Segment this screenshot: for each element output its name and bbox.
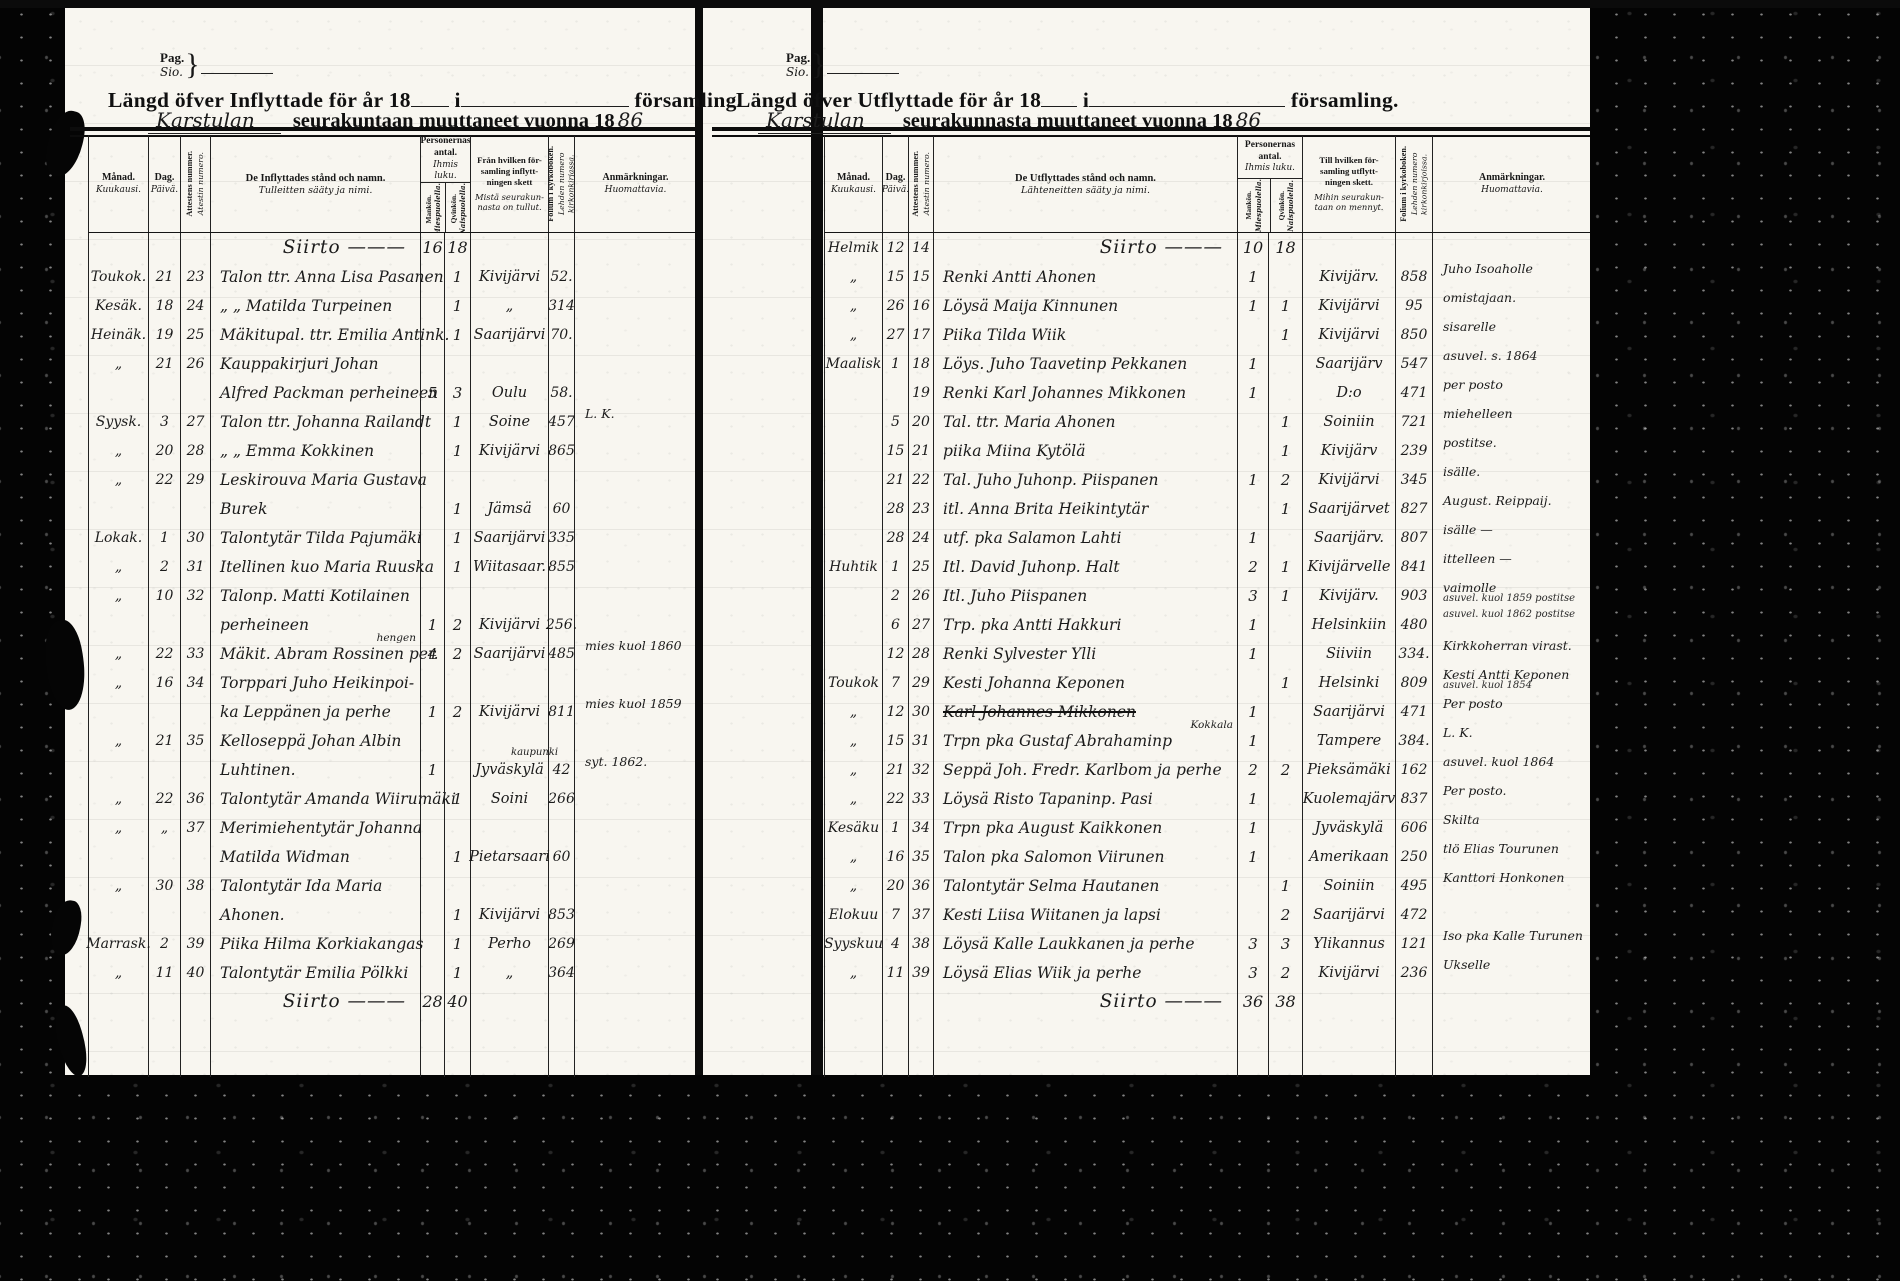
cell-name: Trp. pka Antti Hakkuri <box>934 610 1238 639</box>
cell-m: Helmik <box>825 233 883 262</box>
cell-no: 33 <box>181 639 211 668</box>
cell-d: 6 <box>883 610 909 639</box>
handwritten-entry: 1 <box>453 500 463 518</box>
cell-m: „ <box>89 552 149 581</box>
cell-fol: 345 <box>1396 465 1433 494</box>
cell-parish: Soiniin <box>1303 871 1396 900</box>
handwritten-entry: 1 <box>1281 297 1291 315</box>
handwritten-entry: Soiniin <box>1323 414 1374 430</box>
cell-parish: Kivijärvelle <box>1303 552 1396 581</box>
cell-d: 21 <box>149 262 181 291</box>
handwritten-entry: Talontytär Emilia Pölkki <box>220 964 408 982</box>
handwritten-entry: 18 <box>912 356 930 372</box>
cell-name: utf. pka Salamon Lahti <box>934 523 1238 552</box>
col-label-fi: Miespuolella. <box>1255 179 1264 232</box>
cell-fol: 58. <box>549 378 575 407</box>
cell-parish: Kivijärvi <box>471 697 549 726</box>
handwritten-entry: 480 <box>1401 617 1428 633</box>
table-header-right: Månad. Kuukausi. Dag. Päivä. Attestens n… <box>824 135 1590 233</box>
cell-parish: Jyväskylä <box>1303 813 1396 842</box>
ledger-row: Syyskuu438Löysä Kalle Laukkanen ja perhe… <box>825 929 1590 958</box>
pag-label: Pag. <box>160 51 184 66</box>
handwritten-entry: 40 <box>447 992 467 1011</box>
cell-no: 36 <box>909 871 934 900</box>
cell-m: „ <box>825 958 883 987</box>
ledger-row: „„37Merimiehentytär Johanna <box>89 813 695 842</box>
cell-parish <box>471 987 549 1016</box>
cell-note: tlö Elias Tourunen <box>1433 842 1591 871</box>
cell-name: Talontytär Emilia Pölkki <box>211 958 421 987</box>
col-label-fi: Ihmis luku. <box>421 160 470 182</box>
col-label-sv: Folium i kyrkoboken. <box>549 146 556 222</box>
handwritten-entry: Kivijärv. <box>1319 588 1378 604</box>
cell-note <box>575 494 696 523</box>
cell-fol <box>549 871 575 900</box>
cell-d <box>149 378 181 407</box>
handwritten-entry: 1 <box>1248 790 1258 808</box>
handwritten-entry: 60 <box>553 501 571 517</box>
cell-male <box>421 320 445 349</box>
cell-no: 37 <box>909 900 934 929</box>
handwritten-entry: perheineen <box>220 616 309 634</box>
cell-parish: Soiniin <box>1303 407 1396 436</box>
cell-d <box>149 233 181 262</box>
handwritten-entry: Kanttori Honkonen <box>1443 871 1564 884</box>
col-label-sv: Månad. <box>837 172 870 185</box>
col-label-sv: Qvinkön. <box>1277 191 1286 220</box>
cell-note: Per posto <box>1433 697 1591 726</box>
cell-parish: Saarijärv <box>1303 349 1396 378</box>
cell-m: Elokuu <box>825 900 883 929</box>
cell-name: Talon ttr. Johanna Railandt <box>211 407 421 436</box>
cell-no <box>181 610 211 639</box>
sio-label: Sio. <box>786 66 810 80</box>
cell-male: 5 <box>421 378 445 407</box>
col-header-names: De Inflyttades stånd och namn. Tulleitte… <box>211 136 421 232</box>
cell-male: 1 <box>421 755 445 784</box>
cell-d: 5 <box>883 407 909 436</box>
page-number-line <box>201 72 273 74</box>
ledger-row: Matilda Widman1Pietarsaari60 <box>89 842 695 871</box>
cell-name: Talontytär Tilda Pajumäki <box>211 523 421 552</box>
cell-male <box>421 523 445 552</box>
handwritten-entry: 1 <box>1248 819 1258 837</box>
handwritten-entry: 1 <box>453 906 463 924</box>
cell-d: 20 <box>149 436 181 465</box>
cell-m <box>825 407 883 436</box>
cell-fol: 121 <box>1396 929 1433 958</box>
handwritten-entry: 1 <box>428 616 438 634</box>
cell-m <box>89 755 149 784</box>
cell-d: 2 <box>883 581 909 610</box>
handwritten-entry: syt. 1862. <box>585 755 647 768</box>
handwritten-entry: 35 <box>912 849 930 865</box>
handwritten-entry: „ <box>115 356 122 372</box>
col-header-female: Qvinkön. Naispuolella. <box>446 183 470 232</box>
cell-no: 27 <box>909 610 934 639</box>
cell-no: 25 <box>181 320 211 349</box>
handwritten-entry: 471 <box>1401 385 1428 401</box>
cell-no: 35 <box>909 842 934 871</box>
handwritten-entry: Löys. Juho Taavetinp Pekkanen <box>943 355 1187 373</box>
cell-m: Lokak. <box>89 523 149 552</box>
col-label-fi: Tulleitten sääty ja nimi. <box>259 185 373 197</box>
cell-no: 34 <box>909 813 934 842</box>
cell-female: 3 <box>445 378 471 407</box>
cell-note: Kirkkoherran virast. <box>1433 639 1591 668</box>
cell-d: 1 <box>883 349 909 378</box>
cell-m <box>825 639 883 668</box>
col-header-male: Mankön. Miespuolella. <box>1238 179 1271 232</box>
cell-d: 11 <box>883 958 909 987</box>
cell-no: 15 <box>909 262 934 291</box>
col-header-male: Mankön. Miespuolella. <box>421 183 446 232</box>
handwritten-entry: 3 <box>1248 935 1258 953</box>
cell-parish: Kuolemajärv <box>1303 784 1396 813</box>
col-label-sv: Qvinkön. <box>449 194 458 223</box>
cell-d: 20 <box>883 871 909 900</box>
handwritten-entry: Kesti Liisa Wiitanen ja lapsi <box>943 906 1161 924</box>
handwritten-entry: Siiviin <box>1326 646 1372 662</box>
cell-no <box>181 378 211 407</box>
cell-m: „ <box>89 813 149 842</box>
cell-m: „ <box>825 320 883 349</box>
cell-d: 30 <box>149 871 181 900</box>
cell-fol: 70. <box>549 320 575 349</box>
cell-female: 1 <box>1269 291 1303 320</box>
handwritten-entry: 1 <box>428 703 438 721</box>
ledger-row: „1032Talonp. Matti Kotilainen <box>89 581 695 610</box>
cell-female: 38 <box>1269 987 1303 1016</box>
handwritten-entry: Burek <box>220 500 267 518</box>
cell-m <box>89 697 149 726</box>
page-number-block-left: Pag. Sio. } <box>160 48 273 82</box>
cell-no: 24 <box>181 291 211 320</box>
cell-no <box>181 987 211 1016</box>
cell-fol: 495 <box>1396 871 1433 900</box>
handwritten-entry: 33 <box>912 791 930 807</box>
cell-no: 32 <box>181 581 211 610</box>
cell-no: 29 <box>181 465 211 494</box>
handwritten-entry: 52. <box>550 269 572 285</box>
cell-name: Kelloseppä Johan Albin <box>211 726 421 755</box>
handwritten-entry: 1 <box>1281 326 1291 344</box>
cell-no: 21 <box>909 436 934 465</box>
cell-no: 35 <box>181 726 211 755</box>
cell-d: 28 <box>883 494 909 523</box>
cell-parish: Saarijärv. <box>1303 523 1396 552</box>
handwritten-entry: 1 <box>1248 355 1258 373</box>
handwritten-entry: „ <box>850 298 857 314</box>
cell-no: 30 <box>909 697 934 726</box>
cell-note <box>575 291 696 320</box>
cell-note: August. Reippaij. <box>1433 494 1591 523</box>
cell-parish <box>1303 987 1396 1016</box>
col-label-sv: Anmärkningar. <box>602 172 668 185</box>
cell-parish <box>471 668 549 697</box>
handwritten-entry: Kuolemajärv <box>1303 791 1395 807</box>
cell-female <box>1269 349 1303 378</box>
cell-male: 3 <box>1238 581 1269 610</box>
cell-note <box>575 958 696 987</box>
col-header-month: Månad. Kuukausi. <box>825 136 883 232</box>
handwritten-entry: 1 <box>1281 558 1291 576</box>
handwritten-entry: Pietarsaari <box>469 849 550 865</box>
ledger-row: Marrask.239Piika Hilma Korkiakangas1Perh… <box>89 929 695 958</box>
handwritten-entry: 1 <box>1248 471 1258 489</box>
cell-name: Talon pka Salomon Viirunen <box>934 842 1238 871</box>
handwritten-entry: Saarijärvi <box>1313 704 1385 720</box>
ledger-row: „2233Mäkit. Abram Rossinen per.hengen42S… <box>89 639 695 668</box>
handwritten-entry: 19 <box>156 327 174 343</box>
handwritten-entry: „ <box>506 965 514 981</box>
cell-m <box>89 987 149 1016</box>
cell-fol: 853 <box>549 900 575 929</box>
cell-fol: 384. <box>1396 726 1433 755</box>
cell-name: Itl. David Juhonp. Halt <box>934 552 1238 581</box>
handwritten-entry: 2 <box>160 559 169 575</box>
handwritten-entry: asuvel. kuol 1864 <box>1443 755 1554 768</box>
handwritten-entry: 3 <box>1281 935 1291 953</box>
ledger-row: „1140Talontytär Emilia Pölkki1„364 <box>89 958 695 987</box>
superscript-note: hengen <box>377 632 416 644</box>
cell-parish: Kivijärvi <box>471 900 549 929</box>
cell-fol: 42 <box>549 755 575 784</box>
cell-female: 1 <box>445 552 471 581</box>
cell-name: Löysä Elias Wiik ja perhe <box>934 958 1238 987</box>
cell-name: Trpn pka August Kaikkonen <box>934 813 1238 842</box>
col-header-day: Dag. Päivä. <box>149 136 181 232</box>
handwritten-entry: 15 <box>887 443 905 459</box>
cell-note <box>575 378 696 407</box>
cell-parish <box>471 349 549 378</box>
cell-male <box>421 900 445 929</box>
cell-d <box>883 987 909 1016</box>
cell-fol: 471 <box>1396 697 1433 726</box>
handwritten-entry: 24 <box>912 530 930 546</box>
handwritten-entry: utf. pka Salamon Lahti <box>943 529 1121 547</box>
handwritten-entry: Piika Hilma Korkiakangas <box>220 935 423 953</box>
person-count-split: Mankön. Miespuolella. Qvinkön. Naispuole… <box>421 183 470 232</box>
handwritten-entry: Jyväskylä <box>1315 820 1384 836</box>
cell-fol: 52. <box>549 262 575 291</box>
handwritten-entry: Tampere <box>1317 733 1381 749</box>
cell-parish: Tampere <box>1303 726 1396 755</box>
col-header-remarks: Anmärkningar. Huomattavia. <box>575 136 696 232</box>
cell-parish: Pietarsaari <box>471 842 549 871</box>
handwritten-entry: piika Miina Kytölä <box>943 442 1085 460</box>
cell-d: 21 <box>883 465 909 494</box>
cell-no: 29 <box>909 668 934 697</box>
handwritten-entry: Ylikannus <box>1313 936 1385 952</box>
handwritten-entry: 1 <box>1248 297 1258 315</box>
cell-fol: 236 <box>1396 958 1433 987</box>
handwritten-entry: 24 <box>187 298 205 314</box>
cell-no: 17 <box>909 320 934 349</box>
cell-parish: Kivijärv. <box>1303 581 1396 610</box>
cell-note <box>575 987 696 1016</box>
handwritten-entry: 2 <box>1281 906 1291 924</box>
handwritten-entry: „ <box>115 791 122 807</box>
cell-fol <box>1396 987 1433 1016</box>
col-label-sv: Månad. <box>102 172 135 185</box>
handwritten-entry: Kivijärvelle <box>1308 559 1391 575</box>
handwritten-entry: Siirto ——— <box>1100 991 1223 1012</box>
ledger-row: Siirto ———1618 <box>89 233 695 262</box>
handwritten-entry: 2 <box>453 703 463 721</box>
col-label-fi: Naispuolella. <box>1287 180 1296 232</box>
cell-d: 21 <box>883 755 909 784</box>
handwritten-entry: 1 <box>453 558 463 576</box>
cell-name: Torppari Juho Heikinpoi- <box>211 668 421 697</box>
handwritten-entry: isälle. <box>1443 465 1480 478</box>
cell-note <box>575 929 696 958</box>
cell-female: 1 <box>445 262 471 291</box>
col-label-sv: Mankön. <box>1244 191 1253 220</box>
cell-fol: 547 <box>1396 349 1433 378</box>
cell-parish: Soini <box>471 784 549 813</box>
handwritten-entry: Heinäk. <box>91 327 146 343</box>
handwritten-entry: 2 <box>1248 761 1258 779</box>
handwritten-entry: Renki Sylvester Ylli <box>943 645 1096 663</box>
ledger-row: Huhtik125Itl. David Juhonp. Halt21Kivijä… <box>825 552 1590 581</box>
cell-m: Maalisk <box>825 349 883 378</box>
handwritten-entry: Kivijärvi <box>1318 965 1379 981</box>
cell-parish: Saarijärvi <box>471 639 549 668</box>
ledger-row: Toukok.2123Talon ttr. Anna Lisa Pasanen1… <box>89 262 695 291</box>
cell-parish: Kivijärvi <box>471 436 549 465</box>
handwritten-entry: Itl. Juho Piispanen <box>943 587 1087 605</box>
handwritten-entry: 27 <box>912 617 930 633</box>
handwritten-entry: 39 <box>912 965 930 981</box>
ledger-row: Lokak.130Talontytär Tilda Pajumäki1Saari… <box>89 523 695 552</box>
handwritten-entry: 314 <box>548 298 575 314</box>
handwritten-entry: 1 <box>453 442 463 460</box>
handwritten-entry: 3 <box>160 414 169 430</box>
cell-note: Juho Isoaholle <box>1433 262 1591 291</box>
cell-m: „ <box>89 349 149 378</box>
cell-female: 1 <box>1269 668 1303 697</box>
handwritten-entry: 28 <box>422 992 442 1011</box>
cell-male: 1 <box>1238 291 1269 320</box>
cell-parish: Saarijärvi <box>1303 900 1396 929</box>
cell-m: Toukok. <box>89 262 149 291</box>
cell-female: 1 <box>445 494 471 523</box>
empty-cell <box>575 1016 696 1077</box>
empty-cell <box>89 1016 149 1077</box>
handwritten-entry: Kivijärv. <box>1319 269 1378 285</box>
cell-name: Trpn pka Gustaf AbrahaminpKokkala <box>934 726 1238 755</box>
handwritten-entry: 31 <box>187 559 205 575</box>
cell-name: Matilda Widman <box>211 842 421 871</box>
cell-note <box>575 233 696 262</box>
handwritten-entry: 471 <box>1401 704 1428 720</box>
cell-name: Mäkitupal. ttr. Emilia Antink. <box>211 320 421 349</box>
handwritten-entry: Löysä Elias Wiik ja perhe <box>943 964 1141 982</box>
cell-m: „ <box>89 639 149 668</box>
handwritten-entry: 15 <box>887 733 905 749</box>
left-page-edge <box>695 8 703 1075</box>
cell-name: Renki Sylvester Ylli <box>934 639 1238 668</box>
handwritten-entry: „ <box>115 559 122 575</box>
cell-name: Kauppakirjuri Johan <box>211 349 421 378</box>
col-header-attest-number: Attestens nummer. Atestin numero. <box>181 136 211 232</box>
cell-no: 38 <box>909 929 934 958</box>
cell-parish: Kivijärvi <box>1303 958 1396 987</box>
cell-male: 4 <box>421 639 445 668</box>
handwritten-entry: 236 <box>1401 965 1428 981</box>
handwritten-entry: Soiniin <box>1323 878 1374 894</box>
cell-fol: 364 <box>549 958 575 987</box>
cell-d: „ <box>149 813 181 842</box>
remark-second-line: asuvel. kuol 1854 <box>1443 681 1532 692</box>
handwritten-entry: omistajaan. <box>1443 291 1516 304</box>
handwritten-entry: 457 <box>548 414 575 430</box>
handwritten-entry: 14 <box>912 240 930 256</box>
cell-fol <box>549 349 575 378</box>
cell-fol: 850 <box>1396 320 1433 349</box>
handwritten-entry: Oulu <box>492 385 527 401</box>
handwritten-entry: Kesti Johanna Keponen <box>943 674 1125 692</box>
handwritten-entry: 26 <box>187 356 205 372</box>
cell-name: Talontytär Ida Maria <box>211 871 421 900</box>
handwritten-entry: 1 <box>1281 442 1291 460</box>
cell-parish <box>471 465 549 494</box>
cell-d: 10 <box>149 581 181 610</box>
handwritten-entry: Toukok. <box>91 269 147 285</box>
cell-female <box>445 668 471 697</box>
ledger-row: Kesäk.1824„ „ Matilda Turpeinen1„314 <box>89 291 695 320</box>
cell-female: 1 <box>445 407 471 436</box>
handwritten-entry: 1 <box>1248 645 1258 663</box>
handwritten-entry: 40 <box>187 965 205 981</box>
handwritten-entry: „ <box>115 733 122 749</box>
cell-d: 22 <box>149 465 181 494</box>
cell-m: „ <box>825 291 883 320</box>
cell-note <box>575 871 696 900</box>
cell-m <box>89 494 149 523</box>
handwritten-entry: Syyskuu <box>824 936 883 952</box>
cell-male: 1 <box>1238 610 1269 639</box>
cell-d: 22 <box>149 639 181 668</box>
cell-note: asuvel. s. 1864 <box>1433 349 1591 378</box>
cell-name: Piika Hilma Korkiakangas <box>211 929 421 958</box>
cell-m <box>825 523 883 552</box>
handwritten-entry: Ukselle <box>1443 958 1490 971</box>
cell-male <box>421 291 445 320</box>
handwritten-entry: „ <box>115 443 122 459</box>
cell-fol: 457 <box>549 407 575 436</box>
cell-note <box>575 581 696 610</box>
cell-parish: Jämsä <box>471 494 549 523</box>
cell-fol <box>549 987 575 1016</box>
cell-note <box>575 552 696 581</box>
handwritten-entry: 1 <box>891 356 900 372</box>
handwritten-entry: 1 <box>1281 500 1291 518</box>
handwritten-entry: 12 <box>887 646 905 662</box>
cell-note <box>575 668 696 697</box>
cell-note: syt. 1862. <box>575 755 696 784</box>
cell-no: 31 <box>909 726 934 755</box>
cell-male <box>421 813 445 842</box>
handwritten-entry: Syysk. <box>96 414 142 430</box>
handwritten-entry: 42 <box>553 762 571 778</box>
pag-label: Pag. <box>786 51 810 66</box>
handwritten-entry: 30 <box>156 878 174 894</box>
handwritten-entry: 70. <box>550 327 572 343</box>
cell-no <box>909 987 934 1016</box>
cell-m: „ <box>825 755 883 784</box>
